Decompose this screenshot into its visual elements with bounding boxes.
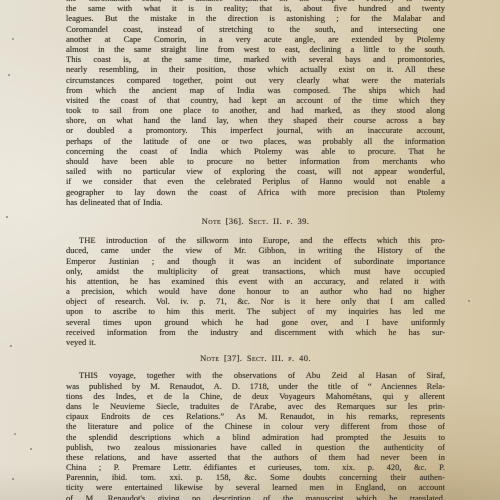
text-line: cipaux Endroits de ces Relations.” As M.… — [66, 411, 445, 421]
text-line: ticity were entertained likewise by seve… — [66, 482, 445, 492]
text-line: almost in the same straight line from we… — [66, 44, 445, 54]
text-line: or doubled a promontory. This imperfect … — [66, 125, 445, 135]
text-line: if we consider that even the celebrated … — [66, 176, 445, 186]
text-line: veyed it. — [66, 337, 445, 347]
text-line: Parennin, ibid. tom. xxi. p. 158, &c. So… — [66, 472, 445, 482]
text-line: was published by M. Renaudot, A. D. 1718… — [66, 381, 445, 391]
text-line: Emperor Justinian ; and though it was an… — [66, 256, 445, 266]
text-line: upon to ascribe to him this merit. The s… — [66, 306, 445, 316]
text-line: object of research. Vol. iv. p. 71, &c. … — [66, 296, 445, 306]
text-line: has delineated that of India. — [66, 197, 445, 207]
text-line: perhaps of the latitude of one or two pl… — [66, 136, 445, 146]
text-line: leagues. But the mistake in the directio… — [66, 13, 445, 23]
text-line: visited the coast of that country, had k… — [66, 95, 445, 105]
text-line: circumstances compared together, point o… — [66, 75, 445, 85]
paper-speck — [14, 433, 16, 435]
text-line: the literature and police of the Chinese… — [66, 421, 445, 431]
text-line: should have been able to procure no bett… — [66, 156, 445, 166]
text-line: only, amidst the multiplicity of great t… — [66, 266, 445, 276]
text-line: publish, two zealous missionaries have c… — [66, 442, 445, 452]
paper-speck — [12, 478, 14, 480]
text-line: the splendid descriptions which a blind … — [66, 432, 445, 442]
paper-speck — [468, 300, 470, 302]
text-line: a precision, which would have done honou… — [66, 286, 445, 296]
text-line: another at Cape Comorin, in a very acute… — [66, 34, 445, 44]
text-line: THIS voyage, together with the observati… — [66, 370, 445, 380]
text-line: sailed with no particular view of explor… — [66, 166, 445, 176]
text-line: these relations, and have asserted that … — [66, 452, 445, 462]
text-line: nearly resembling, in their position, th… — [66, 64, 445, 74]
paper-speck — [6, 216, 8, 218]
text-line: his attention, he has examined this even… — [66, 276, 445, 286]
note-37-heading: Note [37]. Sect. III. p. 40. — [66, 353, 445, 363]
text-line: Coromandel coast, instead of stretching … — [66, 24, 445, 34]
note-36-heading: Note [36]. Sect. II. p. 39. — [66, 216, 445, 226]
text-line-clipped-bottom: of M. Renaudot's giving no description o… — [66, 493, 445, 500]
text-line: tions des Indes, et de la Chine, de deux… — [66, 391, 445, 401]
page-text-block: the Coromandel coast, the distance measu… — [66, 0, 445, 500]
text-line: THE introduction of the silkworm into Eu… — [66, 235, 445, 245]
text-line: dans le Neuvieme Siecle, traduites de l'… — [66, 401, 445, 411]
paper-speck — [12, 38, 14, 40]
text-line: This coast is, at the same time, marked … — [66, 54, 445, 64]
text-line: duced, came under the view of Mr. Gibbon… — [66, 245, 445, 255]
text-line: China ; P. Premare Lettr. édifiantes et … — [66, 462, 445, 472]
paper-speck — [30, 448, 32, 450]
paper-speck — [8, 74, 10, 76]
text-line: the same with what it is in reality; tha… — [66, 3, 445, 13]
text-line: geographer to lay down the coast of Afri… — [66, 187, 445, 197]
text-line: took to sail from one place to another, … — [66, 105, 445, 115]
text-line: from which the ancient map of India was … — [66, 85, 445, 95]
paper-speck — [10, 345, 12, 347]
text-line: several times upon ground which he had g… — [66, 317, 445, 327]
text-line: concerning the coast of India which Ptol… — [66, 146, 445, 156]
book-page-scan: the Coromandel coast, the distance measu… — [0, 0, 500, 500]
text-line: shore, on what hand the land lay, when t… — [66, 115, 445, 125]
text-line: received information from the industry a… — [66, 327, 445, 337]
